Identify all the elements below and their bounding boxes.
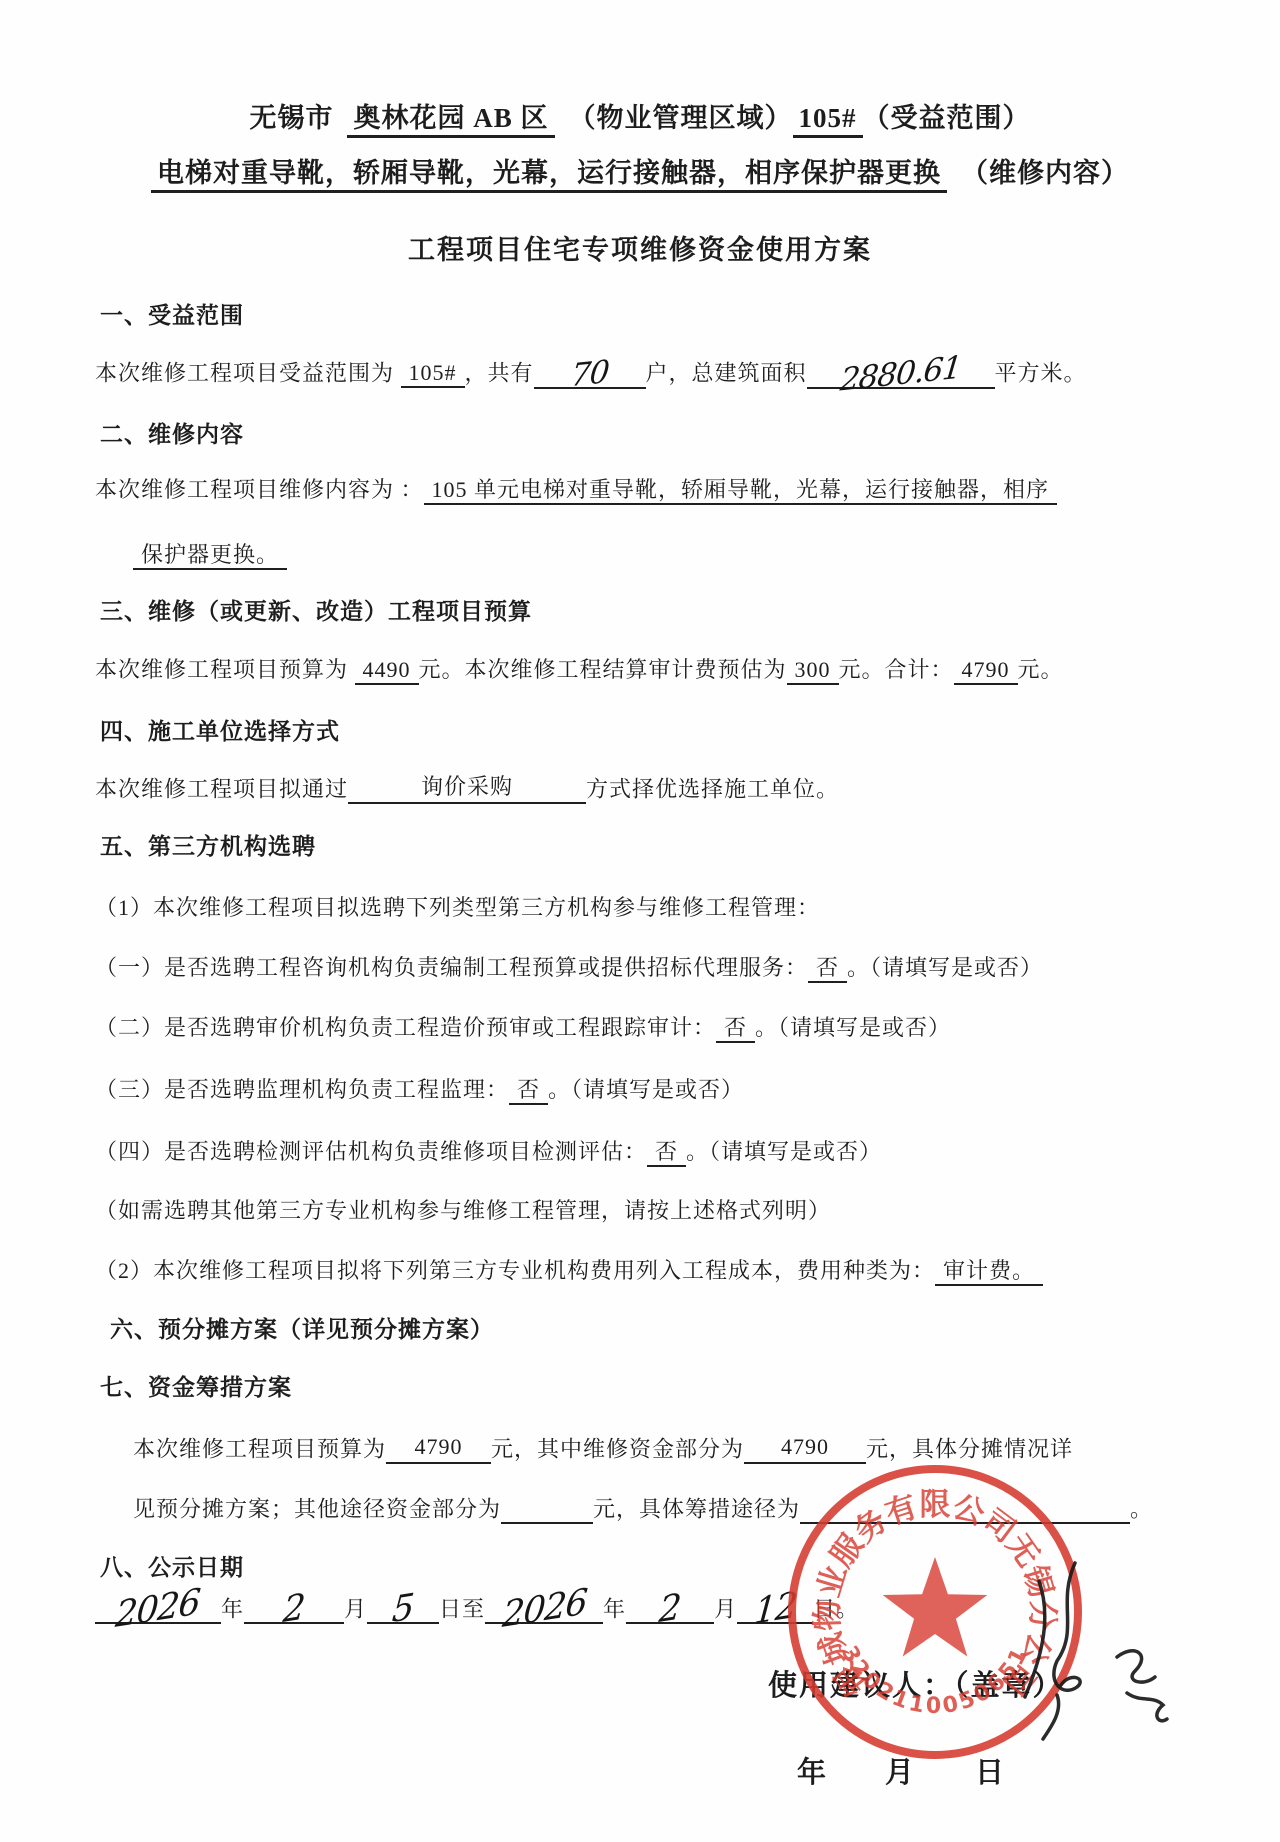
start-day-blank: 5 xyxy=(367,1592,439,1624)
item2-answer: 否 xyxy=(716,1015,755,1043)
title2-suffix: （维修内容） xyxy=(961,158,1129,188)
text: 本次维修工程项目预算为 xyxy=(133,1436,386,1461)
audit-fee-value: 300 xyxy=(787,657,839,685)
text: 。（请填写是或否） xyxy=(755,1015,951,1040)
section4-body: 本次维修工程项目拟通过询价采购方式择优选择施工单位。 xyxy=(95,772,839,804)
text: 元。合计： xyxy=(839,657,954,682)
building-area-handwritten: 2880.61 xyxy=(839,352,963,396)
end-month-handwritten: 2 xyxy=(658,1590,682,1629)
text: 元，具体筹措途径为 xyxy=(593,1496,800,1521)
text: （三）是否选聘监理机构负责工程监理： xyxy=(95,1077,509,1102)
selection-method-blank: 询价采购 xyxy=(348,772,586,804)
section5-item1: （一）是否选聘工程咨询机构负责编制工程预算或提供招标代理服务：否。（请填写是或否… xyxy=(95,953,1043,983)
section4-heading: 四、施工单位选择方式 xyxy=(100,716,340,747)
section7-heading: 七、资金筹措方案 xyxy=(100,1372,292,1403)
section2-body-line2: 保护器更换。 xyxy=(133,540,287,570)
text: （一）是否选聘工程咨询机构负责编制工程预算或提供招标代理服务： xyxy=(95,955,808,980)
title1-building-no: 105# xyxy=(793,103,863,138)
fund-part-value: 4790 xyxy=(781,1434,829,1459)
text: 元，其中维修资金部分为 xyxy=(491,1436,744,1461)
text: 日。 xyxy=(813,1596,859,1621)
text: 平方米。 xyxy=(995,360,1087,385)
text: 元，具体分摊情况详 xyxy=(866,1436,1073,1461)
section5-heading: 五、第三方机构选聘 xyxy=(100,831,316,862)
fund-source-blank xyxy=(800,1492,1130,1524)
household-count-handwritten: 70 xyxy=(569,357,610,392)
suggester-label: 使用建议人：（盖章） xyxy=(768,1663,1064,1704)
text: 。 xyxy=(1130,1496,1153,1521)
start-month-blank: 2 xyxy=(244,1592,344,1624)
text: 本次维修工程项目预算为 xyxy=(95,657,348,682)
section2-body-line1: 本次维修工程项目维修内容为 ：105 单元电梯对重导靴，轿厢导靴，光幕，运行接触… xyxy=(95,475,1057,505)
doc-title-line1: 无锡市奥林花园 AB 区（物业管理区域）105#（受益范围） xyxy=(0,100,1280,136)
section3-heading: 三、维修（或更新、改造）工程项目预算 xyxy=(100,596,532,627)
section6-heading: 六、预分摊方案（详见预分摊方案） xyxy=(110,1314,494,1345)
start-month-handwritten: 2 xyxy=(282,1590,306,1629)
text: 年 xyxy=(221,1596,244,1621)
text: 月 xyxy=(714,1596,737,1621)
text: 日至 xyxy=(439,1596,485,1621)
text: 方式择优选择施工单位。 xyxy=(586,776,839,801)
item4-answer: 否 xyxy=(647,1139,686,1167)
footer-year-label: 年 xyxy=(797,1757,826,1789)
start-year-blank: 2026 xyxy=(95,1592,221,1624)
section2-heading: 二、维修内容 xyxy=(100,419,244,450)
selection-method-value: 询价采购 xyxy=(421,774,513,799)
text: （四）是否选聘检测评估机构负责维修项目检测评估： xyxy=(95,1139,647,1164)
end-month-blank: 2 xyxy=(626,1592,714,1624)
text: 元。本次维修工程结算审计费预估为 xyxy=(419,657,787,682)
start-day-handwritten: 5 xyxy=(391,1590,415,1629)
text: 。（请填写是或否） xyxy=(548,1077,744,1102)
item1-answer: 否 xyxy=(808,955,847,983)
text: （2）本次维修工程项目拟将下列第三方专业机构费用列入工程成本，费用种类为： xyxy=(95,1258,935,1283)
household-count-blank: 70 xyxy=(534,357,646,389)
footer-date-line: 年月日 xyxy=(797,1750,1004,1791)
section3-body: 本次维修工程项目预算为 4490元。本次维修工程结算审计费预估为300元。合计：… xyxy=(95,655,1064,685)
budget-total-value: 4790 xyxy=(415,1434,463,1459)
doc-title-line2: 电梯对重导靴，轿厢导靴，光幕，运行接触器，相序保护器更换（维修内容） xyxy=(0,155,1280,191)
text: 见预分摊方案；其他途径资金部分为 xyxy=(133,1496,501,1521)
end-year-blank: 2026 xyxy=(485,1592,603,1624)
text: 。（请填写是或否） xyxy=(686,1139,882,1164)
text: 本次维修工程项目拟通过 xyxy=(95,776,348,801)
section8-heading: 八、公示日期 xyxy=(100,1552,244,1583)
item3-answer: 否 xyxy=(509,1077,548,1105)
document-page: 无锡市奥林花园 AB 区（物业管理区域）105#（受益范围） 电梯对重导靴，轿厢… xyxy=(0,0,1280,1842)
section7-body-line2: 见预分摊方案；其他途径资金部分为元，具体筹措途径为。 xyxy=(133,1492,1153,1524)
start-year-handwritten: 2026 xyxy=(114,1585,201,1634)
end-day-blank: 12 xyxy=(737,1592,813,1624)
section5-item4: （四）是否选聘检测评估机构负责维修项目检测评估：否。（请填写是或否） xyxy=(95,1137,882,1167)
text: （二）是否选聘审价机构负责工程造价预审或工程跟踪审计： xyxy=(95,1015,716,1040)
building-area-blank: 2880.61 xyxy=(807,357,995,389)
text: 元。 xyxy=(1018,657,1064,682)
repair-content-value-cont: 保护器更换。 xyxy=(133,542,287,570)
repair-content-value: 105 单元电梯对重导靴，轿厢导靴，光幕，运行接触器，相序 xyxy=(424,477,1058,505)
seal-star-icon xyxy=(883,1557,988,1657)
section5-item2: （二）是否选聘审价机构负责工程造价预审或工程跟踪审计：否。（请填写是或否） xyxy=(95,1013,951,1043)
section1-body: 本次维修工程项目受益范围为 105#，共有70户，总建筑面积2880.61平方米… xyxy=(95,357,1087,389)
title1-estate-name: 奥林花园 AB 区 xyxy=(347,103,554,138)
text: 本次维修工程项目受益范围为 xyxy=(95,360,394,385)
other-fund-blank xyxy=(501,1492,593,1524)
fund-part-blank: 4790 xyxy=(744,1432,866,1464)
end-day-handwritten: 12 xyxy=(752,1588,797,1631)
title2-repair-content: 电梯对重导靴，轿厢导靴，光幕，运行接触器，相序保护器更换 xyxy=(151,158,947,193)
fee-type-value: 审计费。 xyxy=(935,1258,1043,1286)
text: ，共有 xyxy=(465,360,534,385)
text: 户，总建筑面积 xyxy=(646,360,807,385)
title1-mid: （物业管理区域） xyxy=(569,103,793,133)
publicity-date-line: 2026年2月5日至2026年2月12日。 xyxy=(95,1592,859,1624)
title1-suffix: （受益范围） xyxy=(863,103,1031,133)
section7-body-line1: 本次维修工程项目预算为4790元，其中维修资金部分为4790元，具体分摊情况详 xyxy=(133,1432,1073,1464)
benefit-range-value: 105# xyxy=(401,360,465,388)
section5-item3: （三）是否选聘监理机构负责工程监理：否。（请填写是或否） xyxy=(95,1075,744,1105)
total-value: 4790 xyxy=(954,657,1018,685)
title1-prefix: 无锡市 xyxy=(249,103,333,133)
budget-blank: 4790 xyxy=(386,1432,491,1464)
budget-value: 4490 xyxy=(355,657,419,685)
doc-title-line3: 工程项目住宅专项维修资金使用方案 xyxy=(0,232,1280,268)
section5-para1: （1）本次维修工程项目拟选聘下列类型第三方机构参与维修工程管理： xyxy=(95,893,820,923)
text: 年 xyxy=(603,1596,626,1621)
section5-note: （如需选聘其他第三方专业机构参与维修工程管理，请按上述格式列明） xyxy=(95,1196,831,1226)
section5-para2: （2）本次维修工程项目拟将下列第三方专业机构费用列入工程成本，费用种类为：审计费… xyxy=(95,1256,1043,1286)
text: 本次维修工程项目维修内容为 ： xyxy=(95,477,424,502)
end-year-handwritten: 2026 xyxy=(500,1585,587,1634)
handwritten-signature xyxy=(1005,1545,1185,1755)
footer-day-label: 日 xyxy=(975,1757,1004,1789)
section1-heading: 一、受益范围 xyxy=(100,300,244,331)
text: 月 xyxy=(344,1596,367,1621)
text: 。（请填写是或否） xyxy=(847,955,1043,980)
footer-month-label: 月 xyxy=(885,1757,914,1789)
